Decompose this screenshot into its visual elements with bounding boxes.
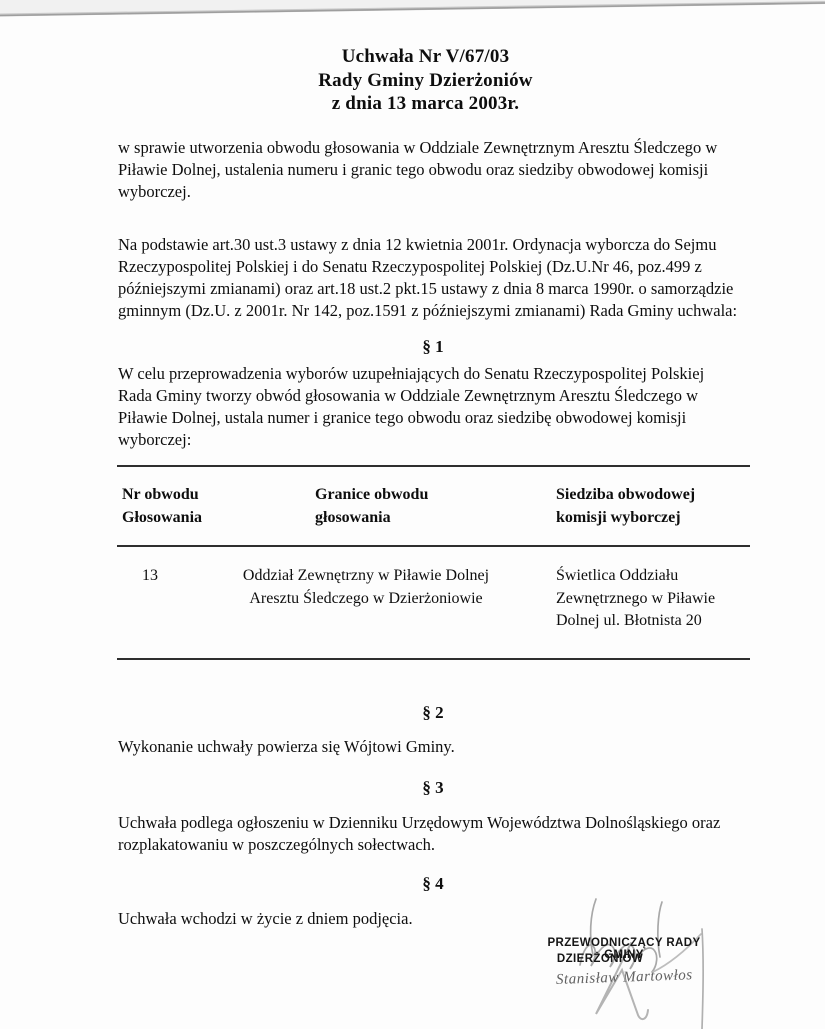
header-line: Głosowania (122, 507, 272, 530)
section-1-text: W celu przeprowadzenia wyborów uzupełnia… (118, 363, 716, 451)
header-line: Nr obwodu (122, 484, 272, 507)
table-row-boundaries: Oddział Zewnętrzny w Piławie Dolnej Ares… (233, 565, 499, 610)
header-line: komisji wyborczej (556, 507, 746, 530)
boundaries-line: Oddział Zewnętrzny w Piławie Dolnej (233, 565, 499, 588)
header-line: Granice obwodu (315, 484, 495, 507)
legal-basis-paragraph: Na podstawie art.30 ust.3 ustawy z dnia … (118, 234, 763, 322)
scan-edge-artifact (0, 0, 825, 20)
header-line: głosowania (315, 507, 495, 530)
title-line-number: Uchwała Nr V/67/03 (103, 45, 748, 69)
section-2-text: Wykonanie uchwały powierza się Wójtowi G… (118, 736, 758, 758)
table-row-district-number: 13 (130, 565, 170, 588)
section-3-label: § 3 (118, 778, 748, 798)
table-header-commission-seat: Siedziba obwodowej komisji wyborczej (556, 484, 746, 529)
seat-line: Dolnej ul. Błotnista 20 (556, 610, 751, 633)
section-3-text: Uchwała podlega ogłoszeniu w Dzienniku U… (118, 812, 776, 856)
table-header-boundaries: Granice obwodu głosowania (315, 484, 495, 529)
seat-line: Świetlica Oddziału (556, 565, 751, 588)
table-row-commission-seat: Świetlica Oddziału Zewnętrznego w Piławi… (556, 565, 751, 633)
table-bottom-rule (117, 658, 750, 660)
title-line-council: Rady Gminy Dzierżoniów (103, 69, 748, 93)
seat-line: Zewnętrznego w Piławie (556, 588, 751, 611)
table-header-district-number: Nr obwodu Głosowania (122, 484, 272, 529)
header-line: Siedziba obwodowej (556, 484, 746, 507)
subject-paragraph: w sprawie utworzenia obwodu głosowania w… (118, 137, 743, 203)
boundaries-line: Aresztu Śledczego w Dzierżoniowie (233, 588, 499, 611)
document-title: Uchwała Nr V/67/03 Rady Gminy Dzierżonió… (103, 45, 748, 116)
table-top-rule (117, 465, 750, 467)
section-1-label: § 1 (118, 337, 748, 357)
section-2-label: § 2 (118, 703, 748, 723)
table-header-rule (117, 545, 750, 547)
title-line-date: z dnia 13 marca 2003r. (103, 92, 748, 116)
stamp-municipality: DZIERŻONIÓW (520, 953, 680, 965)
section-4-label: § 4 (118, 874, 748, 894)
scanned-document-page: Uchwała Nr V/67/03 Rady Gminy Dzierżonió… (0, 0, 825, 1029)
